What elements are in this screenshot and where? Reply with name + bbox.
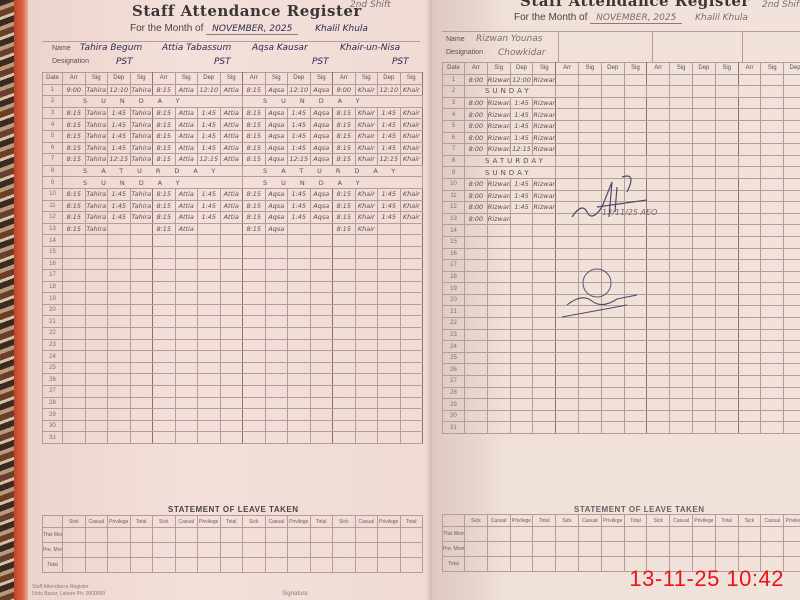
publisher-footer-1: Staff Attendance Register — [32, 584, 89, 590]
empty-cell — [175, 386, 198, 398]
empty-cell — [400, 374, 423, 386]
time-cell: 8:00 — [465, 213, 488, 225]
time-cell: 8:15 — [153, 130, 176, 142]
empty-cell — [400, 281, 423, 293]
empty-cell — [108, 304, 131, 316]
empty-cell — [465, 225, 488, 237]
signature-cell: Khair — [355, 130, 378, 142]
date-cell: 2 — [443, 86, 465, 98]
signature-cell: Attia — [175, 200, 198, 212]
leave-cell — [243, 543, 266, 558]
empty-cell — [378, 293, 401, 305]
time-cell: 8:15 — [243, 154, 266, 166]
empty-cell — [647, 352, 670, 364]
attendance-row: 108:15Tahira1:45Tahira8:15Attia1:45Attia… — [43, 188, 423, 200]
empty-cell — [556, 329, 579, 341]
leave-cell — [715, 542, 738, 557]
signature-cell: Aqsa — [310, 119, 333, 131]
leave-cell — [220, 543, 243, 558]
empty-cell — [624, 410, 647, 422]
time-cell — [510, 213, 533, 225]
signature-cell — [670, 202, 693, 214]
time-cell — [692, 213, 715, 225]
leave-column-header: Sick — [647, 515, 670, 527]
empty-cell — [601, 352, 624, 364]
empty-cell — [378, 420, 401, 432]
date-cell: 8 — [43, 165, 63, 177]
empty-cell — [487, 364, 510, 376]
date-cell: 25 — [443, 352, 465, 364]
empty-cell — [578, 329, 601, 341]
empty-cell — [310, 328, 333, 340]
empty-cell — [510, 352, 533, 364]
empty-cell — [288, 397, 311, 409]
date-cell: 19 — [43, 293, 63, 305]
time-cell: 8:15 — [243, 84, 266, 96]
attendance-row-empty: 16 — [43, 258, 423, 270]
publisher-footer-2: Urdu Bazar, Lahore Ph: 0000000 — [32, 591, 105, 597]
signature-cell — [578, 144, 601, 156]
column-header: Sig — [624, 63, 647, 75]
leave-corner — [43, 516, 63, 528]
leave-cell — [556, 542, 579, 557]
signature-cell: Rizwan — [487, 97, 510, 109]
empty-cell — [63, 246, 86, 258]
empty-cell — [310, 397, 333, 409]
column-header: Arr — [647, 63, 670, 75]
signature-cell — [761, 144, 784, 156]
time-cell — [692, 144, 715, 156]
designation-label: Designation — [52, 58, 89, 65]
empty-cell — [333, 316, 356, 328]
empty-cell — [784, 329, 800, 341]
signature-cell — [761, 202, 784, 214]
staff-designation-4: PST — [392, 57, 409, 67]
empty-cell — [198, 374, 221, 386]
empty-cell — [198, 386, 221, 398]
time-cell — [692, 74, 715, 86]
empty-cell — [198, 258, 221, 270]
date-cell: 9 — [43, 177, 63, 189]
empty-cell — [130, 270, 153, 282]
leave-column-header: Casual — [265, 516, 288, 528]
empty-cell — [243, 386, 266, 398]
leave-cell — [265, 558, 288, 573]
leave-cell — [63, 528, 86, 543]
empty-cell — [175, 362, 198, 374]
empty-cell — [175, 316, 198, 328]
empty-cell — [85, 432, 108, 444]
empty-cell — [647, 399, 670, 411]
empty-cell — [761, 271, 784, 283]
time-cell: 1:45 — [198, 212, 221, 224]
leave-cell — [784, 557, 800, 572]
empty-cell — [670, 167, 693, 179]
leave-cell — [333, 528, 356, 543]
staff-name-2: Attia Tabassum — [162, 43, 231, 53]
signature-cell: Khair — [355, 119, 378, 131]
empty-cell — [533, 260, 556, 272]
attendance-row: 58:15Tahira1:45Tahira8:15Attia1:45Attia8… — [43, 130, 423, 142]
empty-cell — [784, 341, 800, 353]
date-cell: 29 — [443, 399, 465, 411]
time-cell: 8:00 — [465, 97, 488, 109]
time-cell: 8:15 — [243, 142, 266, 154]
empty-cell — [220, 270, 243, 282]
signature-cell: Attia — [220, 154, 243, 166]
time-cell — [647, 132, 670, 144]
time-cell — [784, 190, 800, 202]
empty-cell — [243, 351, 266, 363]
time-cell: 1:45 — [288, 188, 311, 200]
time-cell: 1:45 — [288, 212, 311, 224]
signature-cell: Tahira — [130, 154, 153, 166]
time-cell: 1:45 — [108, 188, 131, 200]
empty-cell — [333, 351, 356, 363]
signature-cell — [624, 109, 647, 121]
column-header: Date — [443, 63, 465, 75]
leave-cell — [510, 557, 533, 572]
leave-cell — [198, 558, 221, 573]
leave-column-header: Sick — [738, 515, 761, 527]
date-cell: 15 — [43, 246, 63, 258]
date-cell: 21 — [443, 306, 465, 318]
empty-cell — [487, 329, 510, 341]
empty-cell — [310, 235, 333, 247]
empty-cell — [692, 294, 715, 306]
empty-cell — [761, 86, 784, 98]
empty-cell — [738, 352, 761, 364]
leave-cell — [400, 558, 423, 573]
empty-cell — [692, 271, 715, 283]
time-cell — [601, 109, 624, 121]
empty-cell — [761, 155, 784, 167]
empty-cell — [647, 318, 670, 330]
empty-cell — [265, 304, 288, 316]
empty-cell — [355, 420, 378, 432]
leave-cell — [624, 527, 647, 542]
empty-cell — [175, 374, 198, 386]
empty-cell — [533, 225, 556, 237]
empty-cell — [130, 293, 153, 305]
empty-cell — [355, 235, 378, 247]
signature-cell: Rizwan — [487, 144, 510, 156]
date-cell: 4 — [443, 109, 465, 121]
signature-cell: Aqsa — [265, 212, 288, 224]
empty-cell — [400, 293, 423, 305]
empty-cell — [243, 362, 266, 374]
empty-cell — [465, 306, 488, 318]
time-cell — [738, 202, 761, 214]
leave-cell — [784, 542, 800, 557]
empty-cell — [310, 420, 333, 432]
empty-cell — [487, 306, 510, 318]
empty-cell — [198, 316, 221, 328]
empty-cell — [465, 248, 488, 260]
empty-cell — [715, 364, 738, 376]
time-cell: 8:15 — [153, 212, 176, 224]
empty-cell — [220, 351, 243, 363]
time-cell: 1:45 — [378, 107, 401, 119]
empty-cell — [670, 410, 693, 422]
column-header: Dep — [601, 63, 624, 75]
column-header: Arr — [63, 73, 86, 85]
signature-cell: Attia — [220, 142, 243, 154]
empty-cell — [738, 155, 761, 167]
empty-cell — [578, 352, 601, 364]
column-header: Sig — [578, 63, 601, 75]
empty-cell — [130, 409, 153, 421]
staff-name-3: Aqsa Kausar — [252, 43, 308, 53]
column-header: Sig — [400, 73, 423, 85]
empty-cell — [784, 86, 800, 98]
leave-column-header: Total — [220, 516, 243, 528]
empty-cell — [63, 339, 86, 351]
empty-cell — [288, 316, 311, 328]
empty-cell — [400, 270, 423, 282]
date-cell: 16 — [443, 248, 465, 260]
empty-cell — [692, 410, 715, 422]
time-cell: 8:00 — [465, 202, 488, 214]
column-header-row: DateArrSigDepSigArrSigDepSigArrSigDepSig… — [443, 63, 800, 75]
leave-cell — [175, 543, 198, 558]
empty-cell — [465, 422, 488, 434]
empty-cell — [465, 376, 488, 388]
empty-cell — [378, 304, 401, 316]
empty-cell — [85, 339, 108, 351]
leave-column-header: Total — [624, 515, 647, 527]
time-cell — [784, 144, 800, 156]
empty-cell — [310, 374, 333, 386]
empty-cell — [400, 409, 423, 421]
empty-cell — [63, 235, 86, 247]
time-cell: 1:45 — [108, 200, 131, 212]
empty-cell — [220, 246, 243, 258]
empty-cell — [85, 409, 108, 421]
empty-cell — [556, 399, 579, 411]
empty-cell — [556, 387, 579, 399]
signature-cell: Khair — [355, 154, 378, 166]
empty-cell — [220, 420, 243, 432]
empty-cell — [108, 409, 131, 421]
attendance-row-empty: 24 — [443, 341, 800, 353]
signature-cell — [715, 74, 738, 86]
empty-cell — [533, 306, 556, 318]
empty-cell — [378, 362, 401, 374]
empty-cell — [533, 387, 556, 399]
empty-cell — [108, 432, 131, 444]
empty-cell — [378, 339, 401, 351]
signature-cell: Aqsa — [310, 200, 333, 212]
empty-cell — [108, 258, 131, 270]
empty-cell — [692, 225, 715, 237]
empty-cell — [243, 339, 266, 351]
empty-cell — [310, 270, 333, 282]
empty-cell — [288, 432, 311, 444]
empty-cell — [624, 387, 647, 399]
empty-cell — [715, 329, 738, 341]
leave-cell — [153, 543, 176, 558]
empty-cell — [738, 271, 761, 283]
time-cell: 1:45 — [198, 142, 221, 154]
empty-cell — [108, 281, 131, 293]
time-cell: 8:15 — [63, 130, 86, 142]
signature-cell — [761, 178, 784, 190]
time-cell: 8:15 — [63, 223, 86, 235]
attendance-row-empty: 27 — [43, 386, 423, 398]
empty-cell — [601, 399, 624, 411]
empty-cell — [85, 293, 108, 305]
empty-cell — [533, 294, 556, 306]
empty-cell — [243, 316, 266, 328]
column-header: Dep — [510, 63, 533, 75]
empty-cell — [378, 235, 401, 247]
empty-cell — [784, 155, 800, 167]
empty-cell — [578, 422, 601, 434]
signature-cell — [400, 223, 423, 235]
leave-row-label: Total — [43, 558, 63, 573]
time-cell: 8:15 — [333, 142, 356, 154]
empty-cell — [400, 246, 423, 258]
time-cell: 12:10 — [288, 84, 311, 96]
empty-cell — [761, 410, 784, 422]
leave-column-header: Privilege — [601, 515, 624, 527]
empty-cell — [738, 364, 761, 376]
empty-cell — [63, 386, 86, 398]
time-cell — [647, 97, 670, 109]
empty-cell — [333, 420, 356, 432]
signature-cell — [715, 202, 738, 214]
empty-cell — [333, 362, 356, 374]
empty-cell — [487, 318, 510, 330]
date-cell: 21 — [43, 316, 63, 328]
column-header: Dep — [288, 73, 311, 85]
signature-cell: Tahira — [85, 154, 108, 166]
empty-cell — [487, 422, 510, 434]
empty-cell — [647, 410, 670, 422]
leave-cell — [465, 527, 488, 542]
time-cell — [692, 109, 715, 121]
attendance-row: 58:00Rizwan1:45Rizwan — [443, 120, 800, 132]
staff-name-4: Khair-un-Nisa — [340, 43, 400, 53]
time-cell — [692, 178, 715, 190]
empty-cell — [715, 260, 738, 272]
empty-cell — [647, 294, 670, 306]
date-cell: 6 — [43, 142, 63, 154]
empty-cell — [153, 420, 176, 432]
empty-cell — [761, 283, 784, 295]
empty-cell — [355, 281, 378, 293]
time-cell: 1:45 — [288, 119, 311, 131]
leave-row: Pre. Month — [443, 542, 800, 557]
empty-cell — [533, 248, 556, 260]
leave-cell — [601, 542, 624, 557]
empty-cell — [761, 364, 784, 376]
column-header: Dep — [108, 73, 131, 85]
signature-cell: Attia — [175, 154, 198, 166]
signature-cell: Khair — [355, 84, 378, 96]
empty-cell — [601, 410, 624, 422]
empty-cell — [692, 422, 715, 434]
attendance-row-empty: 23 — [43, 339, 423, 351]
time-cell: 12:15 — [288, 154, 311, 166]
leave-column-header: Privilege — [108, 516, 131, 528]
signature-cell — [220, 223, 243, 235]
leave-header-row: SickCasualPrivilegeTotalSickCasualPrivil… — [43, 516, 423, 528]
empty-cell — [355, 351, 378, 363]
leave-column-header: Casual — [487, 515, 510, 527]
staff-designation-3: PST — [312, 57, 329, 67]
empty-cell — [510, 306, 533, 318]
time-cell: 8:15 — [333, 212, 356, 224]
signature-cell: Attia — [175, 188, 198, 200]
date-cell: 18 — [443, 271, 465, 283]
leave-cell — [220, 528, 243, 543]
empty-cell — [692, 387, 715, 399]
leave-cell — [738, 542, 761, 557]
empty-cell — [647, 376, 670, 388]
empty-cell — [647, 271, 670, 283]
time-cell — [784, 213, 800, 225]
time-cell: 8:15 — [153, 107, 176, 119]
date-cell: 23 — [443, 329, 465, 341]
empty-cell — [108, 270, 131, 282]
signature-cell — [761, 120, 784, 132]
leave-cell — [400, 528, 423, 543]
empty-cell — [310, 304, 333, 316]
empty-cell — [108, 293, 131, 305]
leave-statement-title-right: STATEMENT OF LEAVE TAKEN — [574, 505, 705, 514]
empty-cell — [510, 318, 533, 330]
empty-cell — [578, 410, 601, 422]
empty-cell — [198, 409, 221, 421]
time-cell — [288, 223, 311, 235]
month-line: For the Month of NOVEMBER, 2025 Khalil K… — [130, 23, 368, 34]
leave-cell — [670, 542, 693, 557]
empty-cell — [243, 374, 266, 386]
time-cell: 8:15 — [153, 200, 176, 212]
empty-cell — [265, 386, 288, 398]
empty-cell — [265, 258, 288, 270]
empty-cell — [288, 293, 311, 305]
empty-cell — [85, 270, 108, 282]
date-cell: 15 — [443, 236, 465, 248]
time-cell: 8:15 — [333, 223, 356, 235]
leave-cell — [738, 527, 761, 542]
time-cell — [692, 190, 715, 202]
signature-cell: Tahira — [85, 188, 108, 200]
empty-cell — [578, 387, 601, 399]
signature-cell — [578, 109, 601, 121]
time-cell: 1:45 — [108, 130, 131, 142]
signature-cell — [715, 120, 738, 132]
leave-cell — [400, 543, 423, 558]
time-cell: 1:45 — [510, 178, 533, 190]
empty-cell — [310, 293, 333, 305]
empty-cell — [761, 236, 784, 248]
time-cell: 12:10 — [108, 84, 131, 96]
signature-cell — [715, 190, 738, 202]
empty-cell — [533, 236, 556, 248]
column-header: Dep — [378, 73, 401, 85]
signature-cell — [578, 120, 601, 132]
time-cell — [556, 109, 579, 121]
holiday-cell: SUNDAY — [243, 177, 423, 189]
leave-cell — [85, 528, 108, 543]
leave-column-header: Privilege — [198, 516, 221, 528]
column-header: Sig — [85, 73, 108, 85]
empty-cell — [510, 364, 533, 376]
